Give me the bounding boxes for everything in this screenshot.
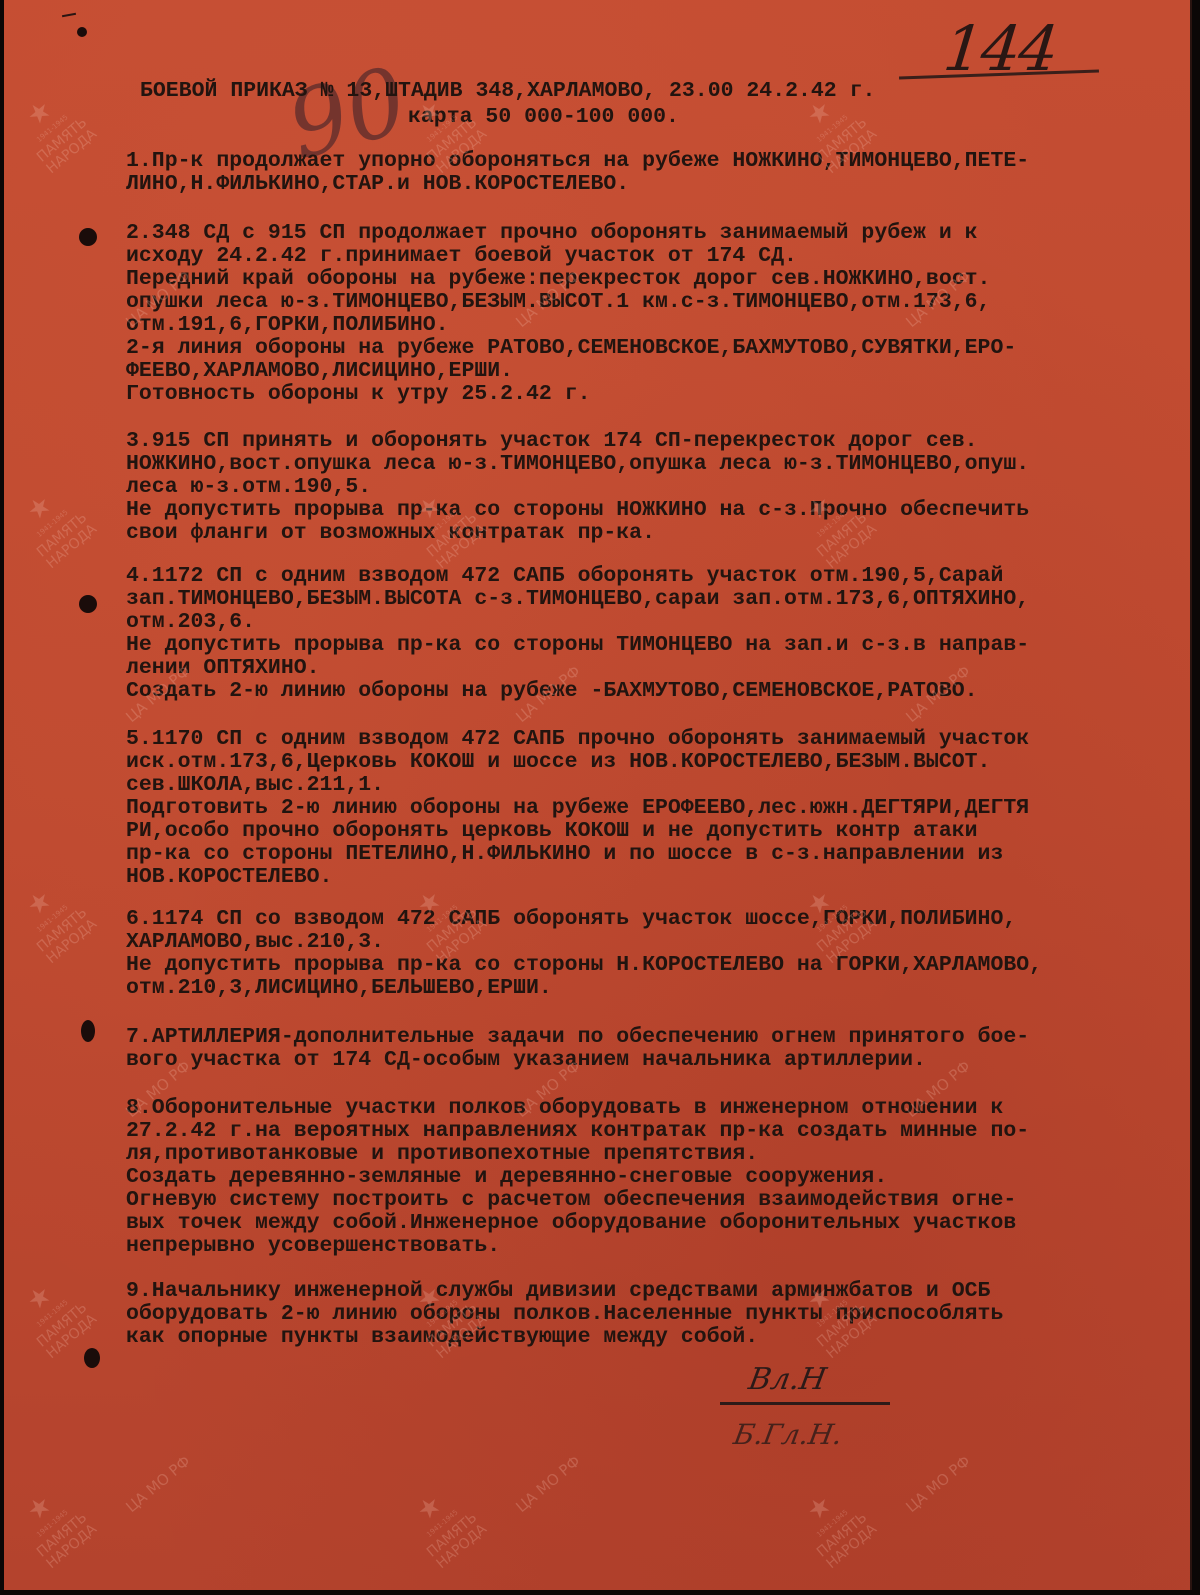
paragraph-line: 4.1172 СП с одним взводом 472 САПБ оборо… <box>126 565 1029 588</box>
order-paragraph-7: 7.АРТИЛЛЕРИЯ-дополнительные задачи по об… <box>126 1026 1029 1072</box>
archive-watermark: ЦА МО РФ <box>512 1452 583 1516</box>
paragraph-line: 5.1170 СП с одним взводом 472 САПБ прочн… <box>126 728 1029 751</box>
paragraph-line: 2.348 СД с 915 СП продолжает прочно обор… <box>126 222 1016 245</box>
order-paragraph-5: 5.1170 СП с одним взводом 472 САПБ прочн… <box>126 728 1029 889</box>
order-title: БОЕВОЙ ПРИКАЗ № 13,ШТАДИВ 348,ХАРЛАМОВО,… <box>140 80 875 103</box>
paragraph-line: леса ю-з.отм.190,5. <box>126 476 1029 499</box>
signature-top: Вл.Н <box>746 1362 829 1397</box>
pamyat-naroda-watermark: ★1941-1945ПАМЯТЬНАРОДА <box>8 1269 100 1362</box>
paragraph-line: вого участка от 174 СД-особым указанием … <box>126 1049 1029 1072</box>
paragraph-line: 7.АРТИЛЛЕРИЯ-дополнительные задачи по об… <box>126 1026 1029 1049</box>
paragraph-line: 8.Оборонительные участки полков оборудов… <box>126 1097 1029 1120</box>
map-scale: карта 50 000-100 000. <box>408 106 679 129</box>
pamyat-naroda-watermark: ★1941-1945ПАМЯТЬНАРОДА <box>8 874 100 967</box>
paragraph-line: Огневую систему построить с расчетом обе… <box>126 1189 1029 1212</box>
pamyat-naroda-watermark: ★1941-1945ПАМЯТЬНАРОДА <box>788 1479 880 1572</box>
paragraph-line: НОВ.КОРОСТЕЛЕВО. <box>126 866 1029 889</box>
order-paragraph-4: 4.1172 СП с одним взводом 472 САПБ оборо… <box>126 565 1029 703</box>
paragraph-line: 9.Начальнику инженерной службы дивизии с… <box>126 1280 1003 1303</box>
punch-hole <box>77 27 87 37</box>
pamyat-naroda-watermark: ★1941-1945ПАМЯТЬНАРОДА <box>8 479 100 572</box>
signature-bottom: Б.Гл.Н. <box>731 1418 845 1451</box>
paragraph-line: Создать 2-ю линию обороны на рубеже -БАХ… <box>126 680 1029 703</box>
paragraph-line: ФЕЕВО,ХАРЛАМОВО,ЛИСИЦИНО,ЕРШИ. <box>126 360 1016 383</box>
paragraph-line: опушки леса ю-з.ТИМОНЦЕВО,БЕЗЫМ.ВЫСОТ.1 … <box>126 291 1016 314</box>
paragraph-line: ХАРЛАМОВО,выс.210,3. <box>126 931 1042 954</box>
signature-line <box>720 1402 890 1405</box>
order-paragraph-6: 6.1174 СП со взводом 472 САПБ оборонять … <box>126 908 1042 1000</box>
paragraph-line: ля,противотанковые и противопехотные пре… <box>126 1143 1029 1166</box>
paragraph-line: зап.ТИМОНЦЕВО,БЕЗЫМ.ВЫСОТА с-з.ТИМОНЦЕВО… <box>126 588 1029 611</box>
paragraph-line: 1.Пр-к продолжает упорно обороняться на … <box>126 150 1029 173</box>
paragraph-line: РИ,особо прочно оборонять церковь КОКОШ … <box>126 820 1029 843</box>
archive-watermark: ЦА МО РФ <box>122 1452 193 1516</box>
paragraph-line: Подготовить 2-ю линию обороны на рубеже … <box>126 797 1029 820</box>
paragraph-line: Готовность обороны к утру 25.2.42 г. <box>126 383 1016 406</box>
paragraph-line: Не допустить прорыва пр-ка со стороны ТИ… <box>126 634 1029 657</box>
paragraph-line: Передний край обороны на рубеже:перекрес… <box>126 268 1016 291</box>
paragraph-line: свои фланги от возможных контратак пр-ка… <box>126 522 1029 545</box>
paragraph-line: оборудовать 2-ю линию обороны полков.Нас… <box>126 1303 1003 1326</box>
paragraph-line: отм.210,3,ЛИСИЦИНО,БЕЛЬШЕВО,ЕРШИ. <box>126 977 1042 1000</box>
order-paragraph-9: 9.Начальнику инженерной службы дивизии с… <box>126 1280 1003 1349</box>
document-page: 144 90 БОЕВОЙ ПРИКАЗ № 13,ШТАДИВ 348,ХАР… <box>4 0 1192 1590</box>
paragraph-line: вых точек между собой.Инженерное оборудо… <box>126 1212 1029 1235</box>
paragraph-line: исходу 24.2.42 г.принимает боевой участо… <box>126 245 1016 268</box>
paragraph-line: ЛИНО,Н.ФИЛЬКИНО,СТАР.и НОВ.КОРОСТЕЛЕВО. <box>126 173 1029 196</box>
paragraph-line: отм.191,6,ГОРКИ,ПОЛИБИНО. <box>126 314 1016 337</box>
punch-hole <box>79 595 97 613</box>
paragraph-line: как опорные пункты взаимодействующие меж… <box>126 1326 1003 1349</box>
pencil-mark <box>62 13 76 17</box>
pamyat-naroda-watermark: ★1941-1945ПАМЯТЬНАРОДА <box>8 84 100 177</box>
paragraph-line: Не допустить прорыва пр-ка со стороны Н.… <box>126 954 1042 977</box>
paragraph-line: 3.915 СП принять и оборонять участок 174… <box>126 430 1029 453</box>
paragraph-line: непрерывно усовершенствовать. <box>126 1235 1029 1258</box>
paragraph-line: пр-ка со стороны ПЕТЕЛИНО,Н.ФИЛЬКИНО и п… <box>126 843 1029 866</box>
order-paragraph-2: 2.348 СД с 915 СП продолжает прочно обор… <box>126 222 1016 406</box>
archive-watermark: ЦА МО РФ <box>902 1452 973 1516</box>
paragraph-line: НОЖКИНО,вост.опушка леса ю-з.ТИМОНЦЕВО,о… <box>126 453 1029 476</box>
pamyat-naroda-watermark: ★1941-1945ПАМЯТЬНАРОДА <box>8 1479 100 1572</box>
order-paragraph-3: 3.915 СП принять и оборонять участок 174… <box>126 430 1029 545</box>
pamyat-naroda-watermark: ★1941-1945ПАМЯТЬНАРОДА <box>398 1479 490 1572</box>
paragraph-line: сев.ШКОЛА,выс.211,1. <box>126 774 1029 797</box>
order-paragraph-1: 1.Пр-к продолжает упорно обороняться на … <box>126 150 1029 196</box>
paragraph-line: Создать деревянно-земляные и деревянно-с… <box>126 1166 1029 1189</box>
paragraph-line: отм.203,6. <box>126 611 1029 634</box>
punch-hole <box>81 1020 95 1042</box>
order-paragraph-8: 8.Оборонительные участки полков оборудов… <box>126 1097 1029 1258</box>
paragraph-line: Не допустить прорыва пр-ка со стороны НО… <box>126 499 1029 522</box>
paragraph-line: 6.1174 СП со взводом 472 САПБ оборонять … <box>126 908 1042 931</box>
paragraph-line: лении ОПТЯХИНО. <box>126 657 1029 680</box>
paragraph-line: иск.отм.173,6,Церковь КОКОШ и шоссе из Н… <box>126 751 1029 774</box>
paragraph-line: 2-я линия обороны на рубеже РАТОВО,СЕМЕН… <box>126 337 1016 360</box>
paragraph-line: 27.2.42 г.на вероятных направлениях конт… <box>126 1120 1029 1143</box>
punch-hole <box>84 1348 100 1368</box>
punch-hole <box>79 228 97 246</box>
